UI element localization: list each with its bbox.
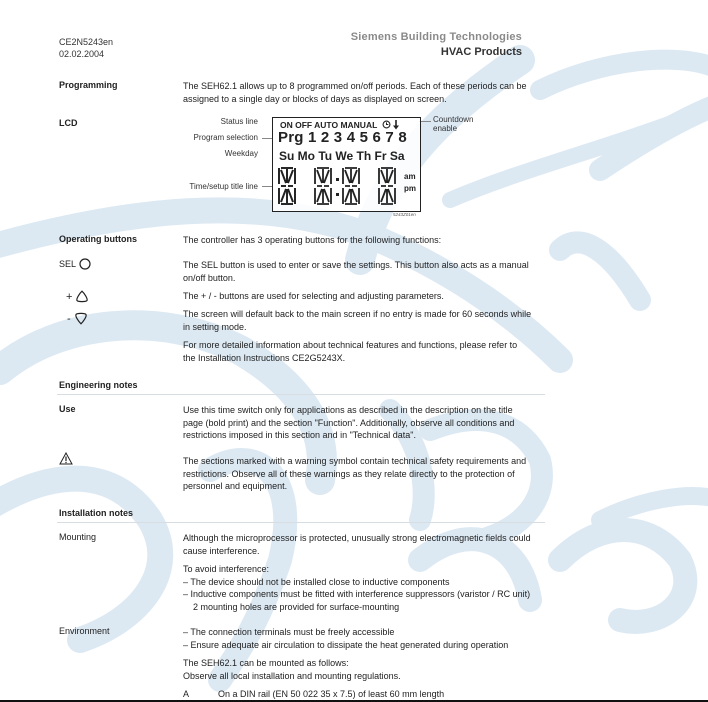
text-line: The sections marked with a warning symbo… — [183, 455, 543, 468]
triangle-down-button-icon — [74, 312, 88, 325]
figure-code: 5243Z01en — [393, 212, 416, 217]
callout-status-line: Status line — [221, 117, 258, 126]
mounting-label: Mounting — [59, 532, 96, 542]
minus-label: - — [67, 313, 71, 325]
text-line: restrictions. Observe all of these warni… — [183, 468, 543, 481]
warning-text: The sections marked with a warning symbo… — [183, 455, 543, 493]
text-line: cause interference. — [183, 545, 543, 558]
list-item: – The device should not be installed clo… — [183, 576, 543, 589]
list-item: – The connection terminals must be freel… — [183, 626, 543, 639]
lcd-segment-digits — [277, 166, 403, 208]
list-item: 2 mounting holes are provided for surfac… — [183, 601, 543, 614]
text-line: restrictions imposed in this section and… — [183, 429, 543, 442]
text-line: assigned to a single day or blocks of da… — [183, 93, 543, 106]
division-name: HVAC Products — [441, 46, 522, 58]
callout-time-setup: Time/setup title line — [189, 182, 258, 191]
section-divider — [57, 394, 545, 395]
avoid-interference-list: To avoid interference: – The device shou… — [183, 563, 543, 614]
plus-button-symbol: + — [66, 290, 89, 303]
use-label: Use — [59, 404, 76, 414]
text-line: the Installation Instructions CE2G5243X. — [183, 352, 543, 365]
text-line: personnel and equipment. — [183, 480, 543, 493]
plus-minus-text: The + / - buttons are used for selecting… — [183, 290, 543, 303]
text-line: Countdown — [433, 115, 473, 124]
callout-program-selection: Program selection — [194, 133, 258, 142]
lcd-label: LCD — [59, 118, 78, 128]
lcd-weekdays: Su Mo Tu We Th Fr Sa — [279, 149, 405, 163]
text-line: The screen will default back to the main… — [183, 308, 543, 321]
circle-button-icon — [79, 258, 91, 270]
minus-button-symbol: - — [67, 312, 88, 325]
text-line: The SEH62.1 can be mounted as follows: — [183, 657, 543, 670]
list-item: – Ensure adequate air circulation to dis… — [183, 639, 543, 652]
document-id: CE2N5243en — [59, 36, 113, 48]
sel-button-text: The SEL button is used to enter or save … — [183, 259, 543, 284]
clock-icon — [382, 120, 391, 129]
installation-notes-title: Installation notes — [59, 508, 133, 518]
option-a-text: On a DIN rail (EN 50 022 35 x 7.5) of le… — [218, 688, 444, 701]
document-page: CE2N5243en 02.02.2004 Siemens Building T… — [0, 0, 708, 702]
text-line: Observe all local installation and mount… — [183, 670, 543, 683]
environment-label: Environment — [59, 626, 110, 636]
section-divider — [57, 522, 545, 523]
programming-text: The SEH62.1 allows up to 8 programmed on… — [183, 80, 543, 105]
sel-label: SEL — [59, 259, 76, 269]
text-line: page (bold print) and the section "Funct… — [183, 417, 543, 430]
operating-buttons-intro: The controller has 3 operating buttons f… — [183, 234, 543, 247]
lcd-program-selection: Prg 1 2 3 4 5 6 7 8 — [278, 129, 407, 146]
warning-triangle-icon — [59, 452, 73, 465]
engineering-notes-title: Engineering notes — [59, 380, 138, 390]
programming-label: Programming — [59, 80, 118, 90]
sel-button-symbol: SEL — [59, 258, 91, 270]
lcd-am: am — [404, 172, 416, 181]
lcd-pm: pm — [404, 184, 416, 193]
list-item: – Inductive components must be fitted wi… — [183, 588, 543, 601]
text-line: in setting mode. — [183, 321, 543, 334]
triangle-up-button-icon — [75, 290, 89, 303]
text-line: The SEH62.1 allows up to 8 programmed on… — [183, 80, 543, 93]
text-line: The SEL button is used to enter or save … — [183, 259, 543, 272]
use-text: Use this time switch only for applicatio… — [183, 404, 543, 442]
plus-label: + — [66, 291, 72, 303]
callout-countdown: Countdown enable — [433, 115, 473, 133]
text-line: on/off button. — [183, 272, 543, 285]
company-name: Siemens Building Technologies — [351, 31, 522, 43]
option-a-letter: A — [183, 688, 189, 701]
text-line: Use this time switch only for applicatio… — [183, 404, 543, 417]
document-date: 02.02.2004 — [59, 48, 104, 60]
list-title: To avoid interference: — [183, 563, 543, 576]
mounting-options-intro: The SEH62.1 can be mounted as follows: O… — [183, 657, 543, 682]
text-line: enable — [433, 124, 473, 133]
leader-line — [262, 138, 272, 139]
mounting-text: Although the microprocessor is protected… — [183, 532, 543, 557]
more-info-text: For more detailed information about tech… — [183, 339, 543, 364]
leader-line — [262, 186, 272, 187]
environment-list: – The connection terminals must be freel… — [183, 626, 543, 651]
callout-weekday: Weekday — [225, 149, 258, 158]
operating-buttons-label: Operating buttons — [59, 234, 137, 244]
text-line: Although the microprocessor is protected… — [183, 532, 543, 545]
default-screen-text: The screen will default back to the main… — [183, 308, 543, 333]
text-line: For more detailed information about tech… — [183, 339, 543, 352]
lcd-display-diagram: ON OFF AUTO MANUAL Prg 1 2 3 4 5 6 7 8 S… — [272, 117, 421, 212]
